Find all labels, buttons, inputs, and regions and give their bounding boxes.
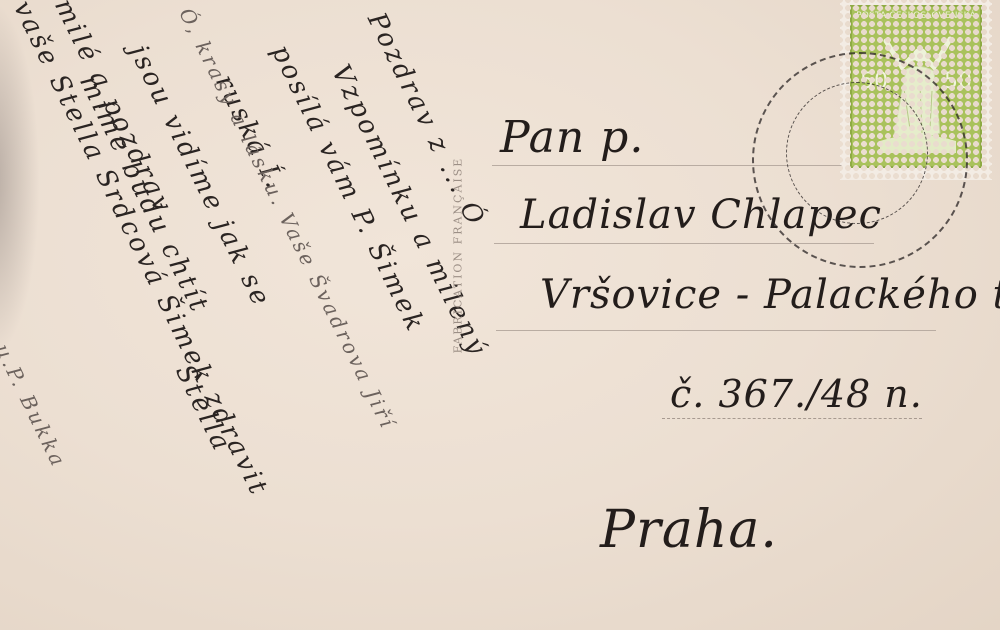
address-rule <box>496 330 936 331</box>
divider-imprint: FABRICATION FRANÇAISE <box>452 157 465 354</box>
message-area: Pozdrav z ... Ó Vzpomínku a milený posíl… <box>0 0 440 630</box>
message-line: u.P. Bukka <box>0 340 71 472</box>
postcard-back: Pozdrav z ... Ó Vzpomínku a milený posíl… <box>0 0 1000 630</box>
stamp-country: POSTA ČESKOSLOVENSKÁ <box>852 11 980 21</box>
address-line-5: Praha. <box>600 500 778 560</box>
postmark-inner-ring <box>786 82 928 224</box>
address-line-3: Vršovice - Palackého tř. <box>540 272 1000 318</box>
address-line-4: č. 367./48 n. <box>670 372 923 416</box>
address-line-1: Pan p. <box>500 112 644 163</box>
address-rule <box>662 418 922 420</box>
